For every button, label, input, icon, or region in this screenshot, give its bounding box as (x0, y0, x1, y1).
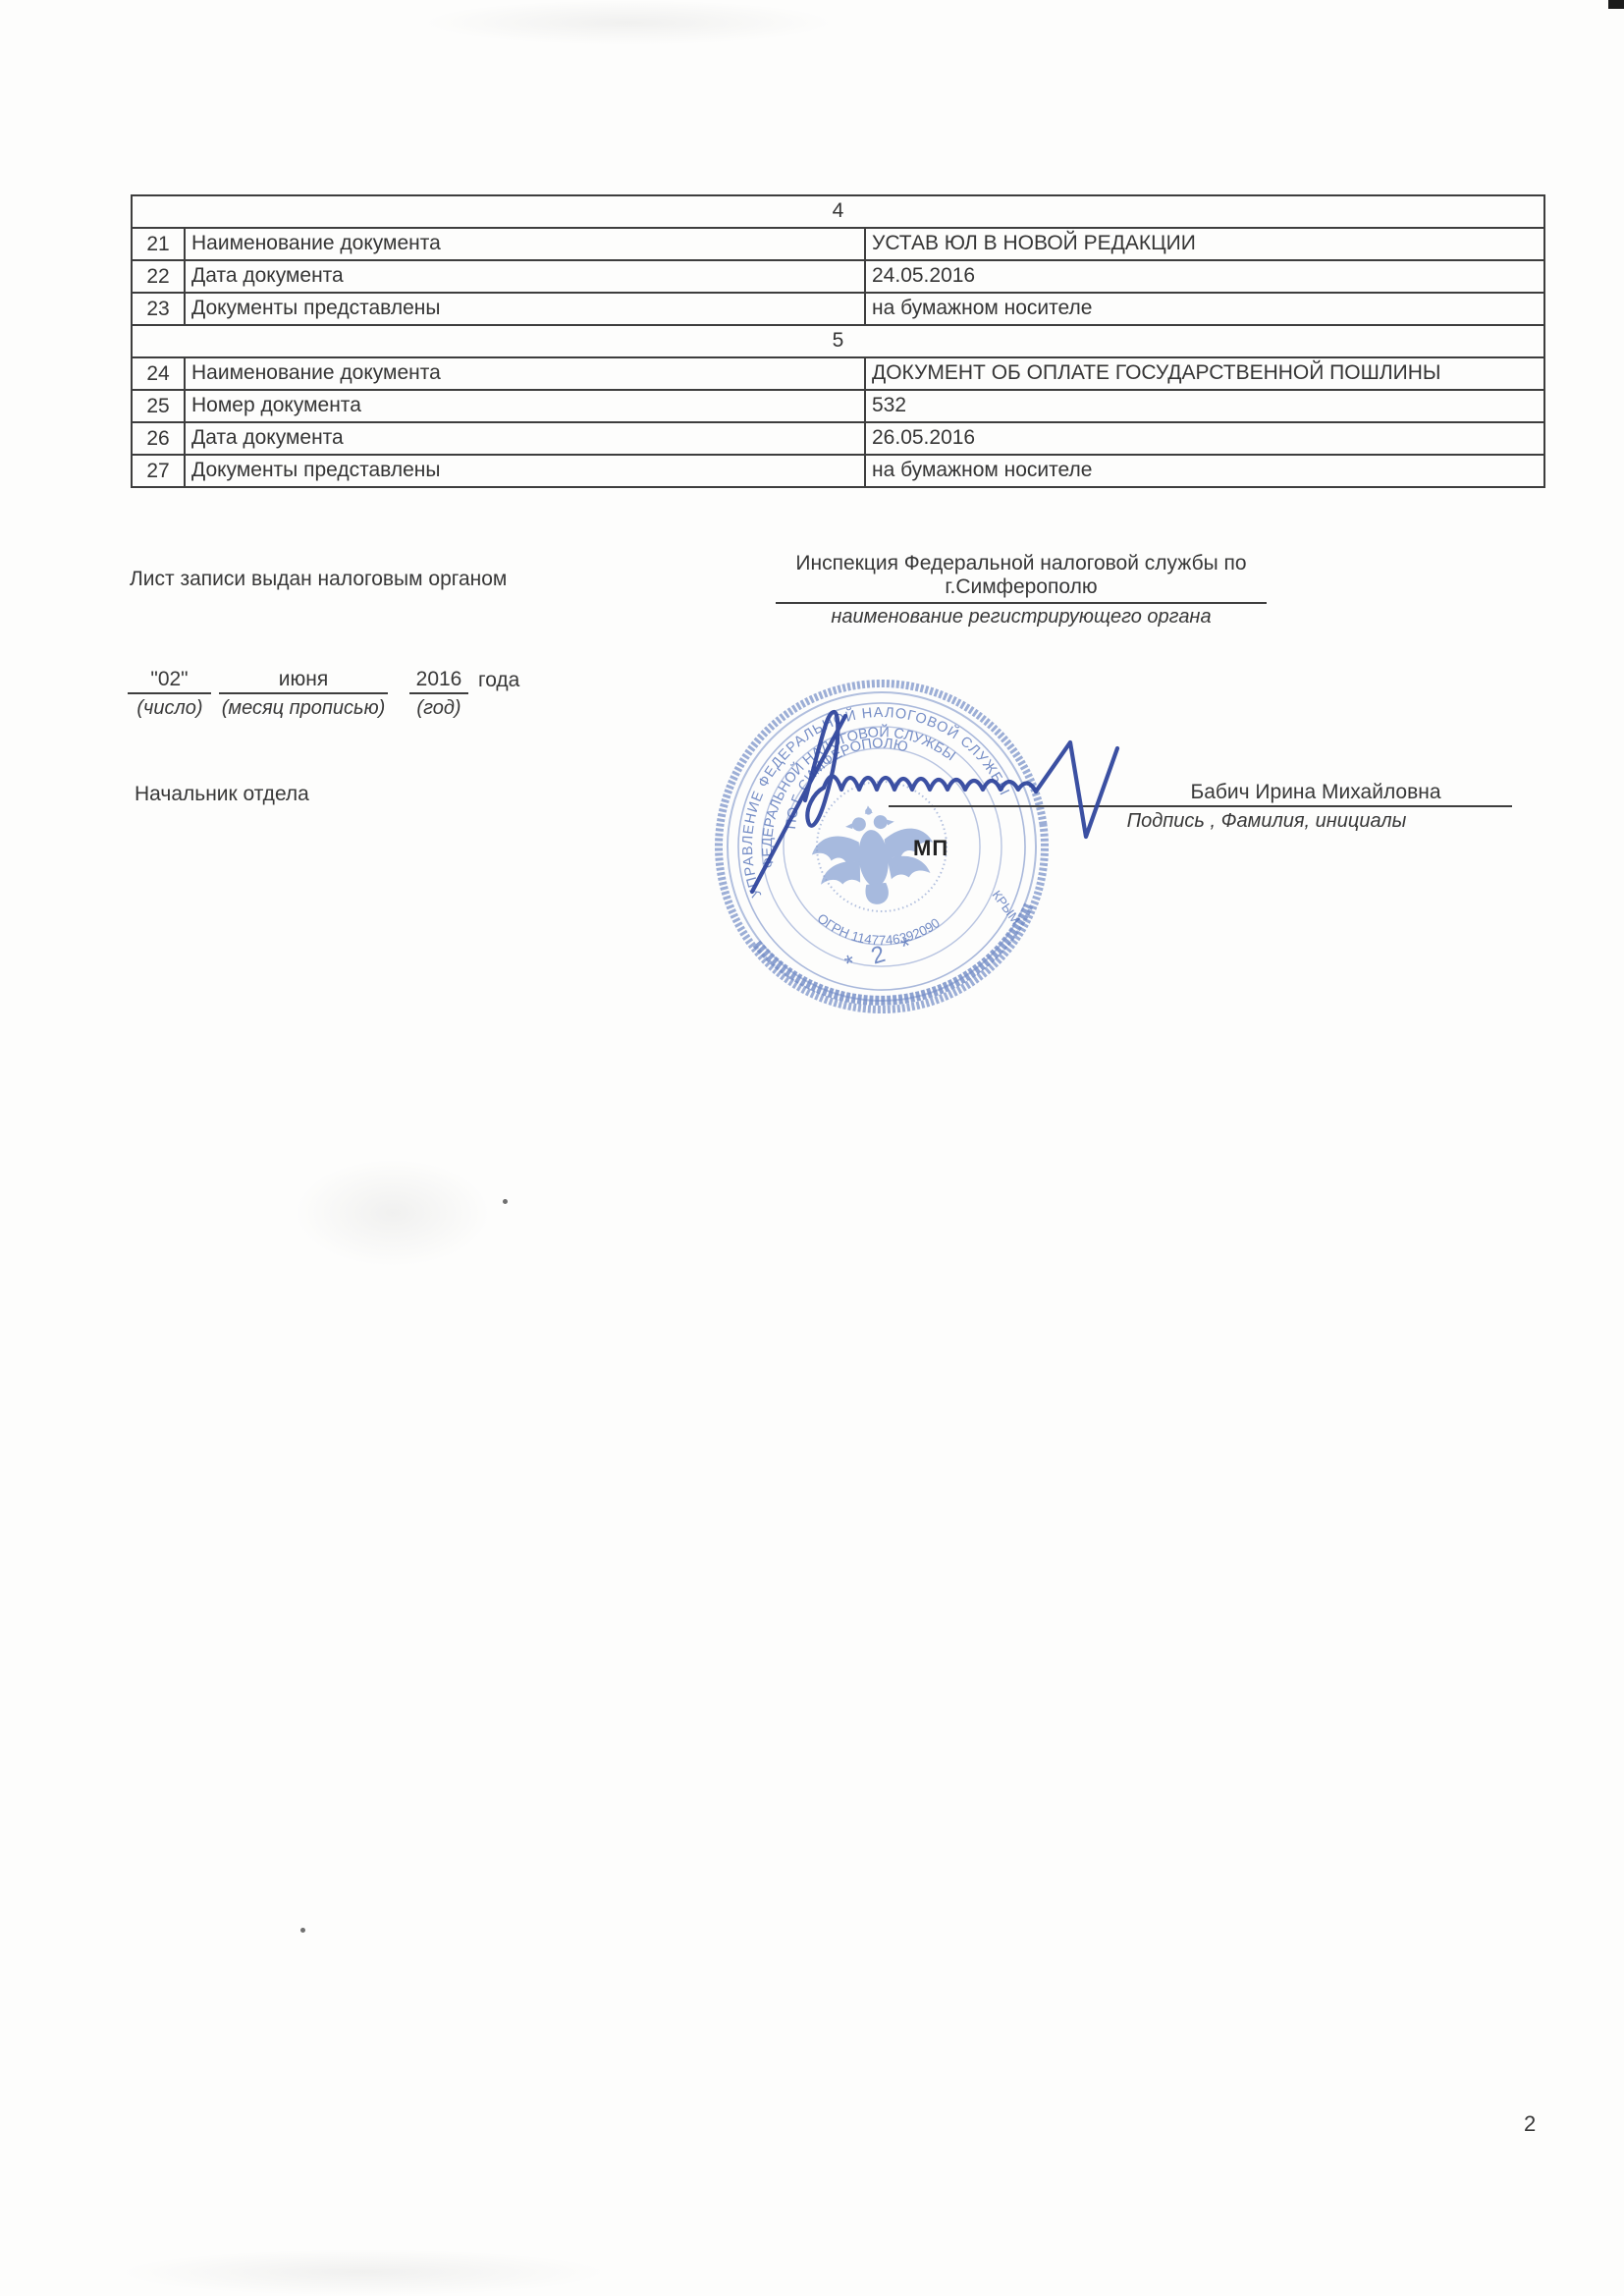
date-year-field: 2016 (409, 668, 468, 694)
scan-speck (503, 1199, 508, 1204)
row-label: Наименование документа (185, 357, 865, 390)
row-value: на бумажном носителе (865, 455, 1544, 487)
page-number: 2 (1524, 2111, 1536, 2137)
scan-smudge (422, 0, 835, 45)
date-year-suffix: года (478, 669, 519, 692)
row-value: 26.05.2016 (865, 422, 1544, 455)
row-label: Дата документа (185, 260, 865, 293)
handwritten-signature (727, 678, 1139, 903)
date-day-caption: (число) (116, 697, 224, 720)
scan-smudge (118, 2249, 609, 2296)
row-value: на бумажном носителе (865, 293, 1544, 325)
table-row: 23 Документы представлены на бумажном но… (132, 293, 1544, 325)
table-row: 21 Наименование документа УСТАВ ЮЛ В НОВ… (132, 228, 1544, 260)
row-number: 22 (132, 260, 185, 293)
row-value: ДОКУМЕНТ ОБ ОПЛАТЕ ГОСУДАРСТВЕННОЙ ПОШЛИ… (865, 357, 1544, 390)
date-year-caption: (год) (405, 697, 473, 720)
scan-smudge (295, 1159, 491, 1267)
section-number: 5 (132, 325, 1544, 357)
row-value: 532 (865, 390, 1544, 422)
table-row: 22 Дата документа 24.05.2016 (132, 260, 1544, 293)
date-month-field: июня (219, 668, 388, 694)
row-label: Наименование документа (185, 228, 865, 260)
row-label: Документы представлены (185, 455, 865, 487)
row-number: 24 (132, 357, 185, 390)
row-label: Документы представлены (185, 293, 865, 325)
table-row: 26 Дата документа 26.05.2016 (132, 422, 1544, 455)
documents-table: 4 21 Наименование документа УСТАВ ЮЛ В Н… (131, 194, 1545, 488)
scanned-document-page: { "page": { "number": "2" }, "table": { … (0, 0, 1624, 2296)
authority-name-line1: Инспекция Федеральной налоговой службы п… (776, 552, 1267, 575)
row-number: 21 (132, 228, 185, 260)
scan-corner-mark (1608, 0, 1624, 9)
row-value: УСТАВ ЮЛ В НОВОЙ РЕДАКЦИИ (865, 228, 1544, 260)
row-number: 23 (132, 293, 185, 325)
row-value: 24.05.2016 (865, 260, 1544, 293)
table-row: 24 Наименование документа ДОКУМЕНТ ОБ ОП… (132, 357, 1544, 390)
authority-caption: наименование регистрирующего органа (776, 606, 1267, 629)
issued-by-label: Лист записи выдан налоговым органом (130, 568, 507, 591)
row-number: 27 (132, 455, 185, 487)
date-month-caption: (месяц прописью) (219, 697, 388, 720)
row-label: Номер документа (185, 390, 865, 422)
row-number: 26 (132, 422, 185, 455)
section-number: 4 (132, 195, 1544, 228)
table-section-header: 5 (132, 325, 1544, 357)
position-label: Начальник отдела (135, 783, 309, 806)
authority-block: Инспекция Федеральной налоговой службы п… (776, 552, 1267, 629)
table-row: 27 Документы представлены на бумажном но… (132, 455, 1544, 487)
table-section-header: 4 (132, 195, 1544, 228)
scan-speck (300, 1928, 305, 1933)
authority-name: Инспекция Федеральной налоговой службы п… (776, 552, 1267, 604)
table-row: 25 Номер документа 532 (132, 390, 1544, 422)
row-number: 25 (132, 390, 185, 422)
signer-name: Бабич Ирина Михайловна (1119, 781, 1512, 804)
date-day-field: "02" (128, 668, 211, 694)
authority-name-line2: г.Симферополю (776, 575, 1267, 599)
row-label: Дата документа (185, 422, 865, 455)
